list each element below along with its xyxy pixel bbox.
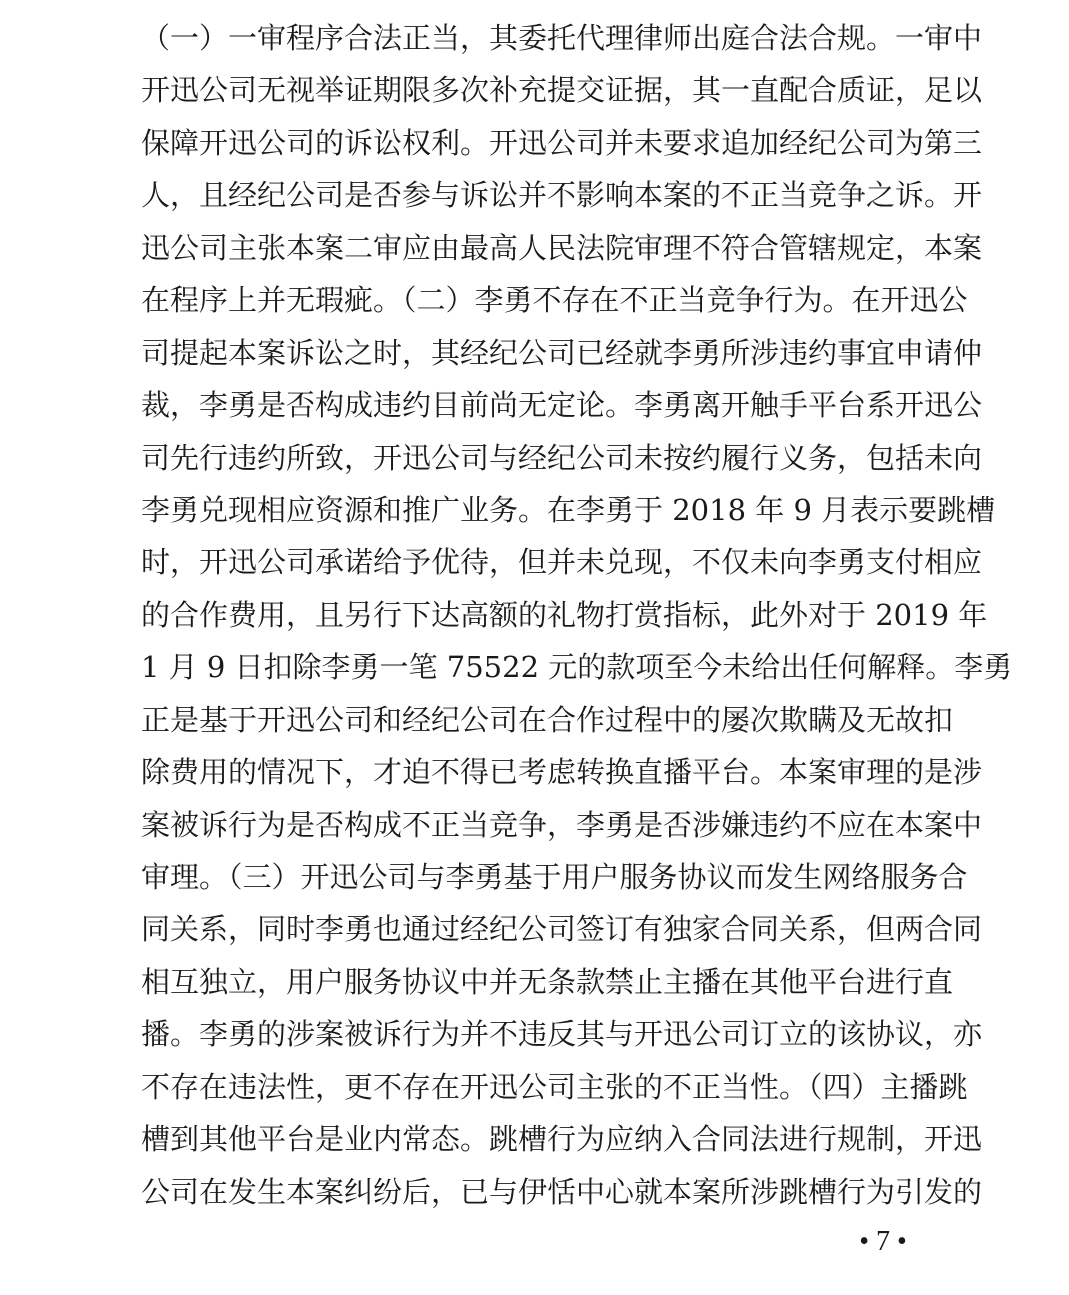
text-line: 不存在违法性，更不存在开迅公司主张的不正当性。（四）主播跳 <box>141 1061 947 1113</box>
text-line: 的合作费用，且另行下达高额的礼物打赏指标，此外对于 2019 年 <box>141 589 947 641</box>
text-line: 保障开迅公司的诉讼权利。开迅公司并未要求追加经纪公司为第三 <box>141 117 947 169</box>
body-text: （一）一审程序合法正当，其委托代理律师出庭合法合规。一审中 开迅公司无视举证期限… <box>141 12 947 1218</box>
text-line: 开迅公司无视举证期限多次补充提交证据，其一直配合质证，足以 <box>141 64 947 116</box>
text-line: 同关系，同时李勇也通过经纪公司签订有独家合同关系，但两合同 <box>141 903 947 955</box>
text-line: 1 月 9 日扣除李勇一笔 75522 元的款项至今未给出任何解释。李勇 <box>141 641 947 693</box>
text-line: 裁，李勇是否构成违约目前尚无定论。李勇离开触手平台系开迅公 <box>141 379 947 431</box>
text-line: 除费用的情况下，才迫不得已考虑转换直播平台。本案审理的是涉 <box>141 746 947 798</box>
text-line: 案被诉行为是否构成不正当竞争，李勇是否涉嫌违约不应在本案中 <box>141 799 947 851</box>
text-line: 时，开迅公司承诺给予优待，但并未兑现，不仅未向李勇支付相应 <box>141 536 947 588</box>
text-line: 槽到其他平台是业内常态。跳槽行为应纳入合同法进行规制，开迅 <box>141 1113 947 1165</box>
text-line: （一）一审程序合法正当，其委托代理律师出庭合法合规。一审中 <box>141 12 947 64</box>
text-line: 在程序上并无瑕疵。（二）李勇不存在不正当竞争行为。在开迅公 <box>141 274 947 326</box>
text-line: 人，且经纪公司是否参与诉讼并不影响本案的不正当竞争之诉。开 <box>141 169 947 221</box>
text-line: 司提起本案诉讼之时，其经纪公司已经就李勇所涉违约事宜申请仲 <box>141 327 947 379</box>
text-line: 正是基于开迅公司和经纪公司在合作过程中的屡次欺瞒及无故扣 <box>141 694 947 746</box>
document-page: （一）一审程序合法正当，其委托代理律师出庭合法合规。一审中 开迅公司无视举证期限… <box>0 0 1069 1295</box>
text-line: 迅公司主张本案二审应由最高人民法院审理不符合管辖规定，本案 <box>141 222 947 274</box>
text-line: 李勇兑现相应资源和推广业务。在李勇于 2018 年 9 月表示要跳槽 <box>141 484 947 536</box>
text-line: 公司在发生本案纠纷后，已与伊恬中心就本案所涉跳槽行为引发的 <box>141 1166 947 1218</box>
text-line: 司先行违约所致，开迅公司与经纪公司未按约履行义务，包括未向 <box>141 432 947 484</box>
text-line: 审理。（三）开迅公司与李勇基于用户服务协议而发生网络服务合 <box>141 851 947 903</box>
page-number: • 7 • <box>848 1226 918 1258</box>
text-line: 播。李勇的涉案被诉行为并不违反其与开迅公司订立的该协议，亦 <box>141 1008 947 1060</box>
text-line: 相互独立，用户服务协议中并无条款禁止主播在其他平台进行直 <box>141 956 947 1008</box>
